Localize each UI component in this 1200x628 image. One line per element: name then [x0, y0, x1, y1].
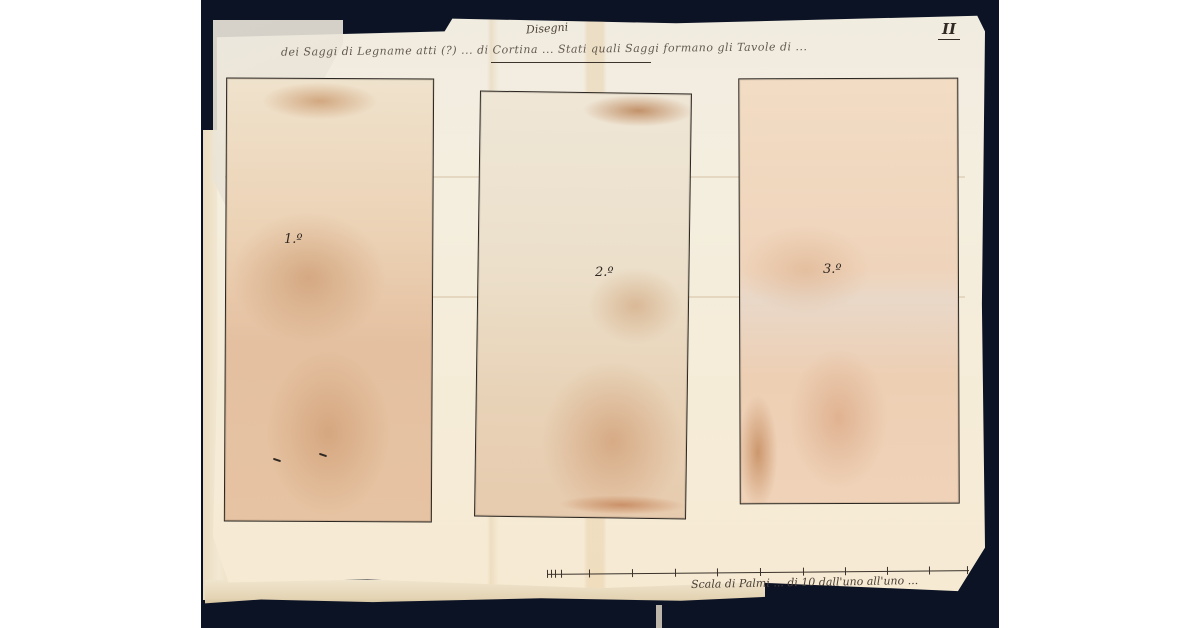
drawing-panel-3 — [738, 78, 959, 505]
page-number: II — [938, 20, 960, 40]
panel-label-1: 1.º — [284, 232, 303, 247]
panel-label-3: 3.º — [823, 262, 842, 277]
manuscript-scan: Disegni dei Saggi di Legname atti (?) ..… — [201, 0, 999, 628]
panel-label-2: 2.º — [595, 265, 614, 280]
header-underline — [491, 62, 651, 63]
bookmark-ribbon — [656, 605, 662, 628]
drawing-panel-2 — [474, 91, 692, 520]
drawing-panel-1 — [224, 77, 434, 522]
scale-caption: Scala di Palmi ... di 10 dall'uno all'un… — [691, 574, 918, 591]
